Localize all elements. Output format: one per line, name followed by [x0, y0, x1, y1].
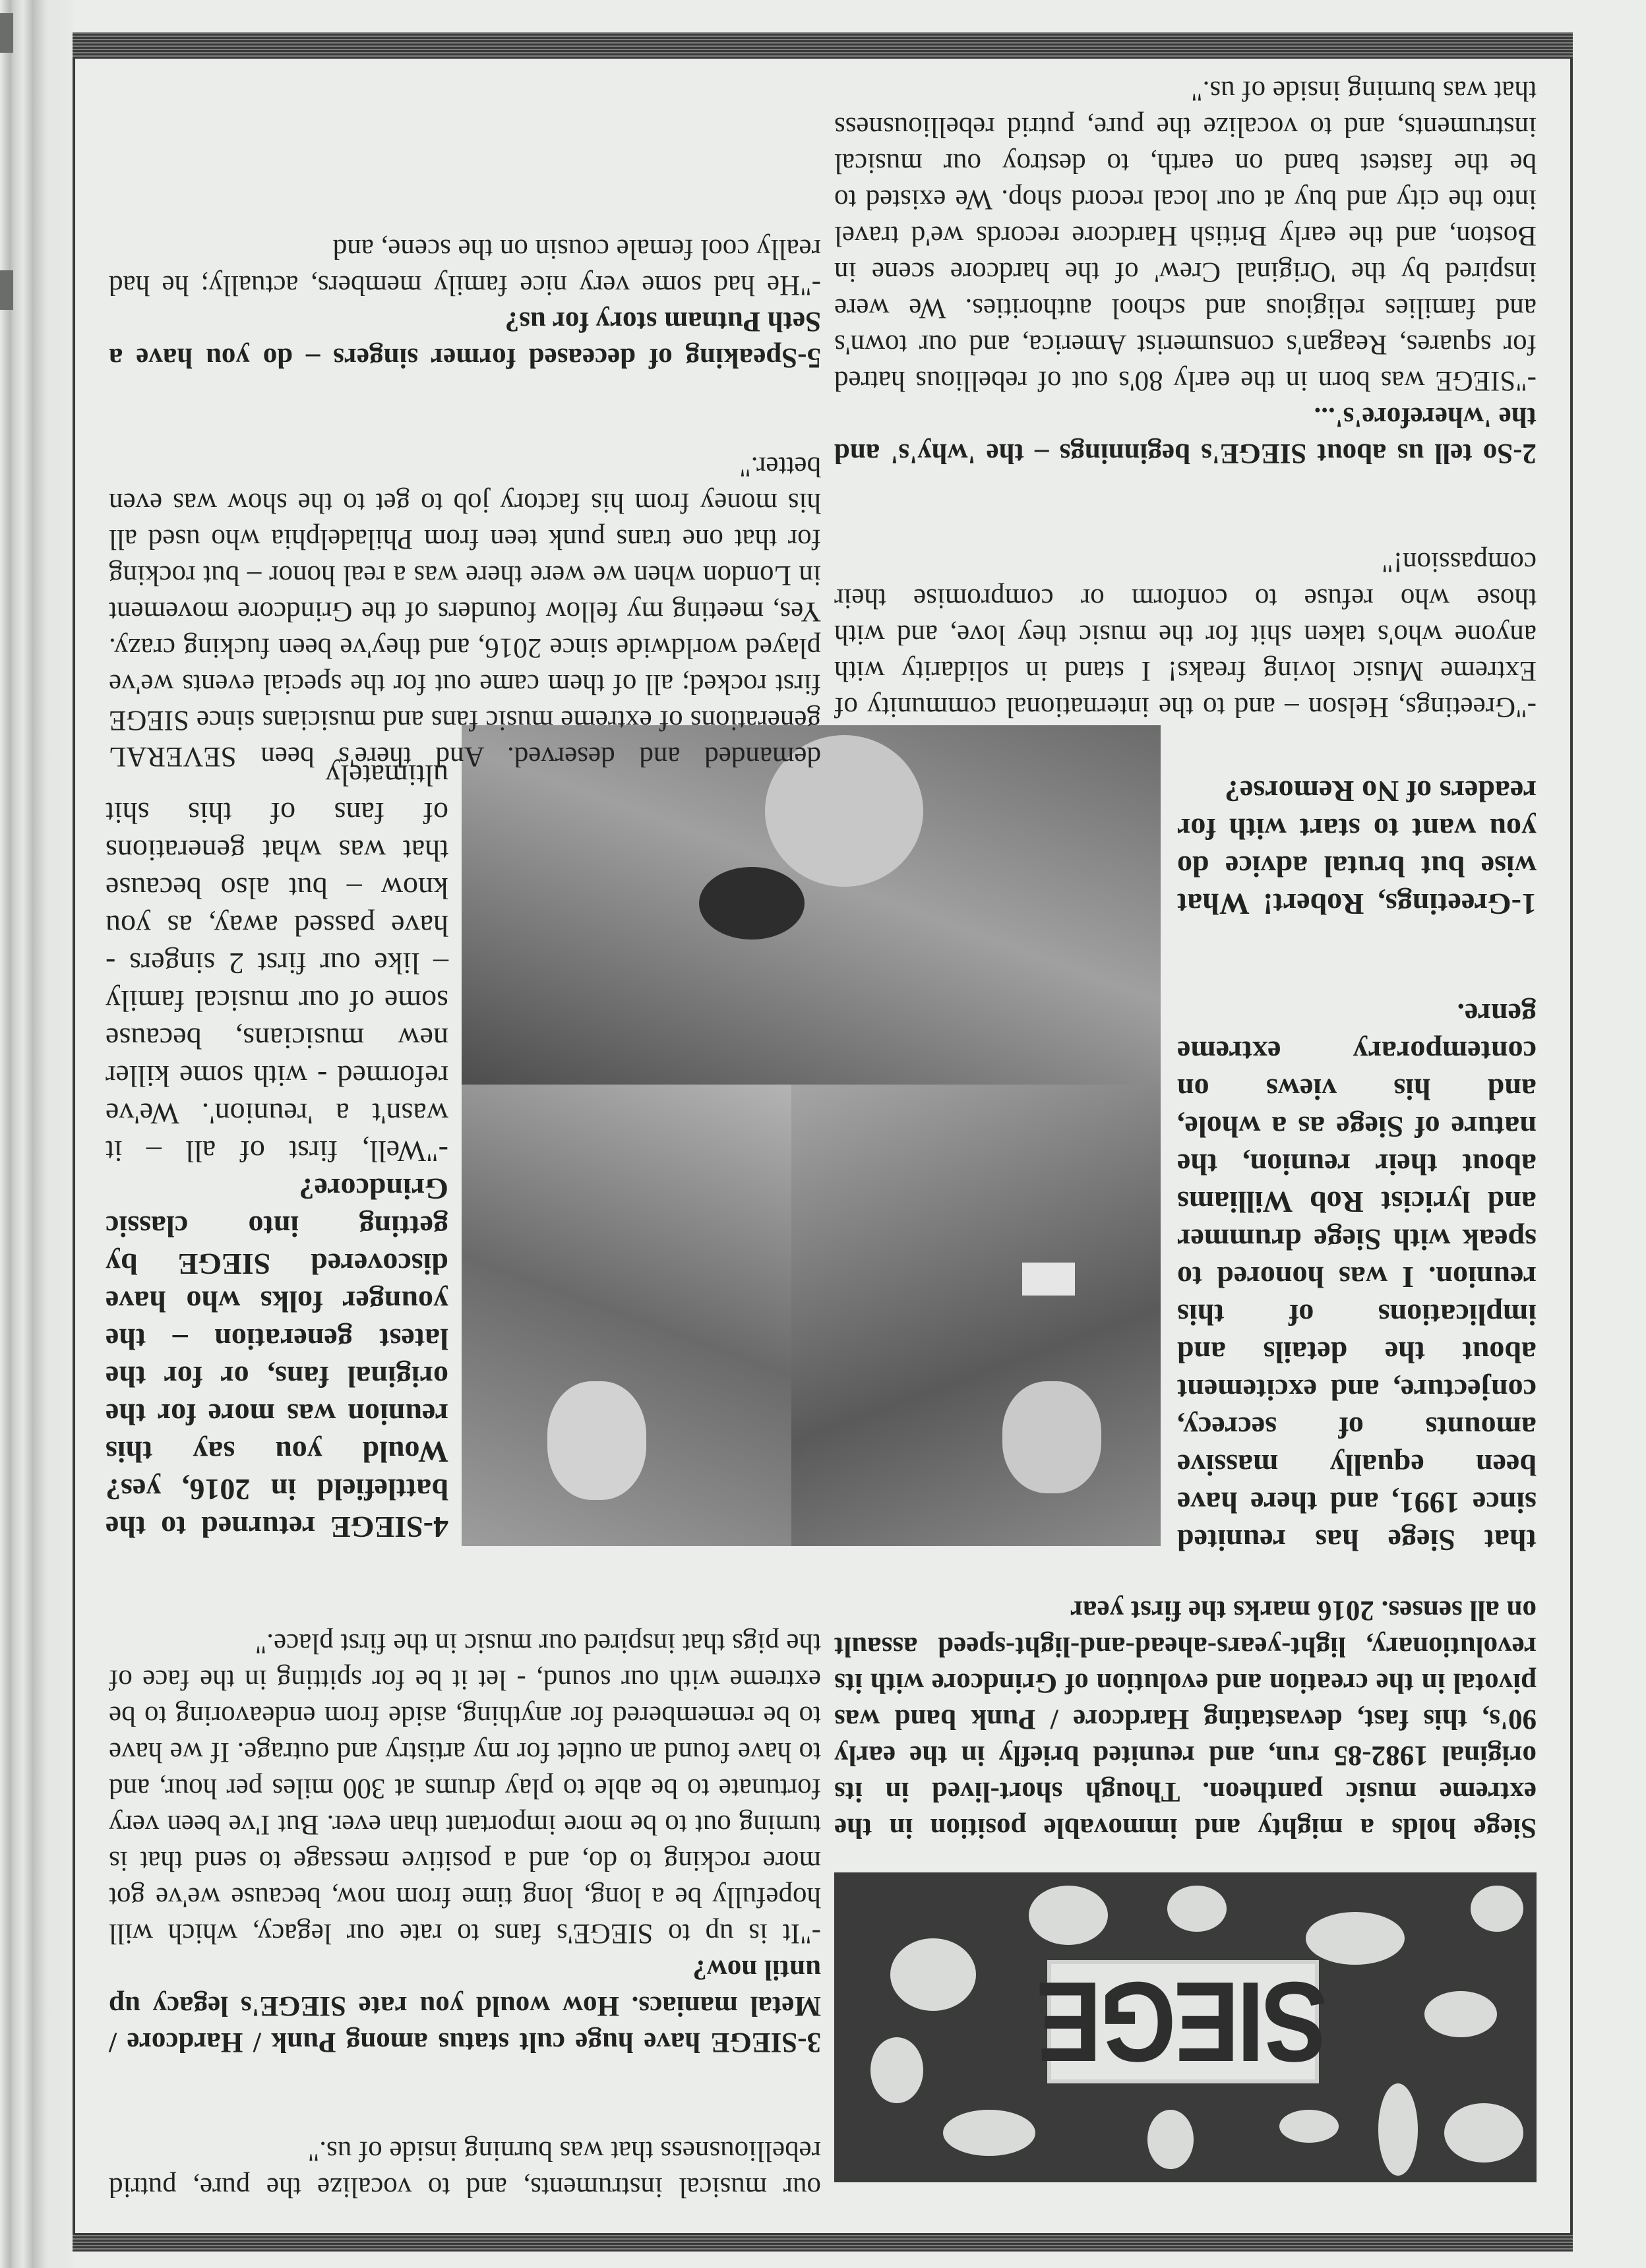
page-gutter — [0, 0, 73, 2268]
shirt-print — [1022, 1263, 1075, 1296]
q4-and-answer-4: 4-SIEGE returned to the battlefield in 2… — [106, 757, 448, 1546]
answer-1: -"Greetings, Helson – and to the interna… — [834, 544, 1537, 725]
gutter-tab — [0, 270, 13, 310]
intro-paragraph-top: Siege holds a mighty and immovable posit… — [834, 1592, 1537, 1846]
frame-bottom-bar — [73, 32, 1573, 59]
answer-5: -"He had some very nice family members, … — [109, 231, 821, 303]
siege-logo: SIEGE — [834, 1872, 1537, 2182]
answer-4: demanded and deserved. And there's been … — [109, 448, 821, 775]
question-3: 3-SIEGE have huge cult status among Punk… — [109, 1952, 821, 2060]
intro-paragraph-narrow: that Siege has reunited since 1991, and … — [1177, 773, 1537, 1559]
question-1: 1-Greetings, Robert! What wise but bruta… — [1177, 773, 1537, 923]
question-5: 5-Speaking of deceased former singers – … — [109, 303, 821, 376]
answer-2: -"SIEGE was born in the early 80's out o… — [834, 73, 1537, 399]
answer-1-and-q2: -"Greetings, Helson – and to the interna… — [834, 73, 1537, 725]
q3-and-answer-3: our musical instruments, and to vocalize… — [109, 1625, 821, 2205]
answer-3: -"It is up to SIEGE's fans to rate our l… — [109, 1625, 821, 1952]
photo-guitarist — [791, 1085, 1161, 1546]
frame-top-bar — [73, 2233, 1573, 2252]
gutter-tab — [0, 13, 13, 53]
logo-plate: SIEGE — [1047, 1960, 1319, 2083]
question-2: 2-So tell us about SIEGE's beginnings – … — [834, 399, 1537, 471]
logo-text: SIEGE — [1039, 1956, 1328, 2087]
magazine-page: SIEGE Siege holds a mighty and immovable… — [0, 0, 1646, 2268]
question-4: 4-SIEGE returned to the battlefield in 2… — [106, 1170, 448, 1546]
band-photo-collage — [462, 725, 1161, 1546]
answer-4-and-q5: demanded and deserved. And there's been … — [109, 231, 821, 775]
